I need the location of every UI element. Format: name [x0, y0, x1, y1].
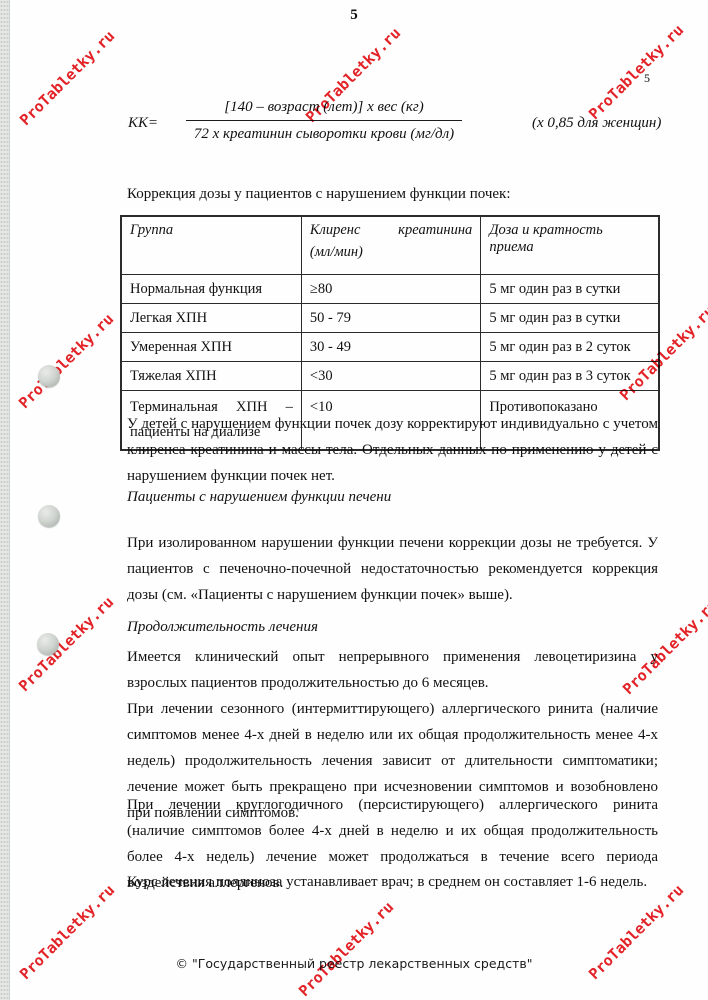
formula-denominator: 72 x креатинин сыворотки крови (мг/дл) [186, 121, 462, 143]
table-row: Тяжелая ХПН <30 5 мг один раз в 3 суток [121, 362, 659, 391]
col-header-clearance-word2: креатинина [398, 222, 472, 239]
cell-clearance: 30 - 49 [301, 333, 480, 362]
watermark-protabletky: ProTabletky.ru [15, 310, 117, 412]
cell-dose: 5 мг один раз в 2 суток [481, 333, 659, 362]
paragraph-children-renal: У детей с нарушением функции почек дозу … [127, 411, 658, 489]
liver-section-heading: Пациенты с нарушением функции печени [127, 489, 658, 506]
cell-group: Легкая ХПН [121, 304, 301, 333]
scan-spot [38, 505, 60, 527]
paragraph-liver: При изолированном нарушении функции пече… [127, 530, 658, 608]
table-header-row: Группа Клиренс креатинина (мл/мин) Доза … [121, 216, 659, 275]
watermark-protabletky: ProTabletky.ru [295, 898, 397, 1000]
col-header-dose: Доза и кратность приема [481, 216, 659, 275]
duration-section-heading: Продолжительность лечения [127, 619, 658, 636]
watermark-protabletky: ProTabletky.ru [585, 21, 687, 123]
paragraph-duration-experience: Имеется клинический опыт непрерывного пр… [127, 644, 658, 696]
table-row: Легкая ХПН 50 - 79 5 мг один раз в сутки [121, 304, 659, 333]
cell-clearance: 50 - 79 [301, 304, 480, 333]
cell-clearance: <30 [301, 362, 480, 391]
watermark-protabletky: ProTabletky.ru [15, 593, 117, 695]
col-header-group: Группа [121, 216, 301, 275]
paragraph-pollinosis-course: Курс лечения поллиноза устанавливает вра… [127, 869, 658, 895]
col-header-clearance-units: (мл/мин) [310, 244, 472, 261]
page-number-top: 5 [0, 7, 708, 24]
watermark-protabletky: ProTabletky.ru [16, 27, 118, 129]
cell-dose: 5 мг один раз в сутки [481, 275, 659, 304]
cell-group: Тяжелая ХПН [121, 362, 301, 391]
col-header-clearance: Клиренс креатинина (мл/мин) [301, 216, 480, 275]
cell-group: Нормальная функция [121, 275, 301, 304]
cell-clearance: ≥80 [301, 275, 480, 304]
formula-lhs: КК= [128, 115, 158, 132]
table-row: Умеренная ХПН 30 - 49 5 мг один раз в 2 … [121, 333, 659, 362]
scan-edge-strip [0, 0, 10, 1000]
cell-dose: 5 мг один раз в сутки [481, 304, 659, 333]
renal-dose-heading: Коррекция дозы у пациентов с нарушением … [127, 186, 658, 203]
scan-spot [37, 633, 59, 655]
col-header-clearance-word1: Клиренс [310, 222, 361, 239]
scan-spot [38, 365, 60, 387]
scanned-document-page: ProTabletky.ru ProTabletky.ru ProTabletk… [0, 0, 708, 1000]
cell-group: Умеренная ХПН [121, 333, 301, 362]
table-row: Нормальная функция ≥80 5 мг один раз в с… [121, 275, 659, 304]
